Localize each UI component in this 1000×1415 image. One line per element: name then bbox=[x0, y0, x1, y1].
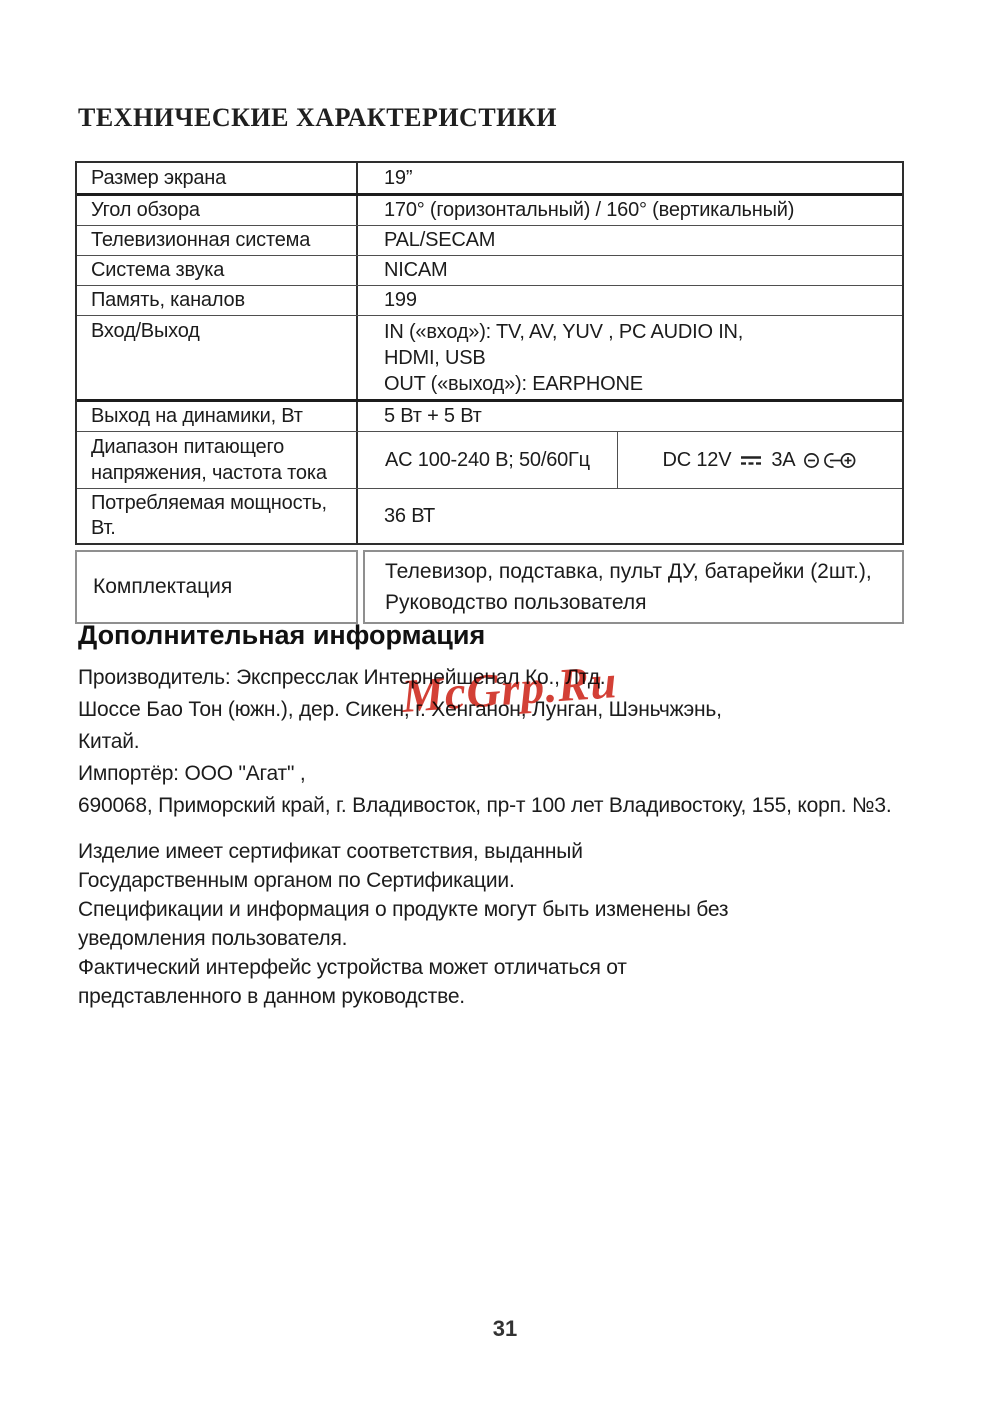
spec-value: PAL/SECAM bbox=[358, 226, 902, 255]
io-line: OUT («выход»): EARPHONE bbox=[384, 371, 894, 397]
table-row-kit: Комплектация Телевизор, подставка, пульт… bbox=[75, 550, 904, 624]
table-row: Вход/Выход IN («вход»): TV, AV, YUV , PC… bbox=[77, 316, 902, 402]
dc-power-cell: DC 12V 3A bbox=[618, 432, 902, 488]
spec-label: Выход на динамики, Вт bbox=[77, 402, 358, 431]
text-line: представленного в данном руководстве. bbox=[78, 982, 728, 1011]
io-line: HDMI, USB bbox=[384, 345, 894, 371]
table-row: Потребляемая мощность, Вт. 36 ВТ bbox=[77, 489, 902, 543]
text-line: Спецификации и информация о продукте мог… bbox=[78, 895, 728, 924]
table-row: Телевизионная система PAL/SECAM bbox=[77, 226, 902, 256]
spec-label: Угол обзора bbox=[77, 196, 358, 225]
table-row: Выход на динамики, Вт 5 Вт + 5 Вт bbox=[77, 402, 902, 432]
spec-value: NICAM bbox=[358, 256, 902, 285]
table-row: Диапазон питающего напряжения, частота т… bbox=[77, 432, 902, 489]
spec-value: 36 ВТ bbox=[358, 489, 902, 543]
text-line: Изделие имеет сертификат соответствия, в… bbox=[78, 837, 728, 866]
table-row: Память, каналов 199 bbox=[77, 286, 902, 316]
text-line: Шоссе Бао Тон (южн.), дер. Сикен, г. Хен… bbox=[78, 694, 722, 726]
page-number: 31 bbox=[0, 1316, 1000, 1342]
spec-value: 5 Вт + 5 Вт bbox=[358, 402, 902, 431]
table-row: Размер экрана 19” bbox=[77, 163, 902, 196]
text-line: Государственным органом по Сертификации. bbox=[78, 866, 728, 895]
table-row: Система звука NICAM bbox=[77, 256, 902, 286]
spec-value: 19” bbox=[358, 163, 902, 193]
text-line: Фактический интерфейс устройства может о… bbox=[78, 953, 728, 982]
spec-value: 199 bbox=[358, 286, 902, 315]
spec-table-main: Размер экрана 19” Угол обзора 170° (гори… bbox=[75, 161, 904, 545]
text-line: Китай. bbox=[78, 726, 722, 758]
notes-paragraph: Изделие имеет сертификат соответствия, в… bbox=[78, 837, 728, 1011]
importer-paragraph: Импортёр: ООО "Агат" , 690068, Приморски… bbox=[78, 758, 891, 822]
dc-polarity-icon bbox=[803, 451, 857, 470]
spec-label: Размер экрана bbox=[77, 163, 358, 193]
text-line: Импортёр: ООО "Агат" , bbox=[78, 758, 891, 790]
manual-page: ТЕХНИЧЕСКИЕ ХАРАКТЕРИСТИКИ Размер экрана… bbox=[0, 0, 1000, 1415]
spec-label: Система звука bbox=[77, 256, 358, 285]
dc-voltage-text: DC 12V bbox=[663, 448, 732, 473]
kit-line: Руководство пользователя bbox=[385, 587, 894, 618]
spec-table: Размер экрана 19” Угол обзора 170° (гори… bbox=[75, 161, 904, 624]
page-title: ТЕХНИЧЕСКИЕ ХАРАКТЕРИСТИКИ bbox=[78, 103, 557, 133]
dc-amp-text: 3A bbox=[771, 448, 795, 473]
spec-label: Потребляемая мощность, Вт. bbox=[77, 489, 358, 543]
spec-label: Диапазон питающего напряжения, частота т… bbox=[77, 432, 358, 488]
additional-info-heading: Дополнительная информация bbox=[78, 620, 485, 651]
text-line: 690068, Приморский край, г. Владивосток,… bbox=[78, 790, 891, 822]
text-line: уведомления пользователя. bbox=[78, 924, 728, 953]
spec-value-kit: Телевизор, подставка, пульт ДУ, батарейк… bbox=[363, 550, 904, 624]
spec-label: Телевизионная система bbox=[77, 226, 358, 255]
spec-label: Вход/Выход bbox=[77, 316, 358, 399]
io-line: IN («вход»): TV, AV, YUV , PC AUDIO IN, bbox=[384, 319, 894, 345]
table-row: Угол обзора 170° (горизонтальный) / 160°… bbox=[77, 196, 902, 226]
spec-value-io: IN («вход»): TV, AV, YUV , PC AUDIO IN, … bbox=[358, 316, 902, 399]
ac-power-cell: AC 100-240 В; 50/60Гц bbox=[358, 432, 618, 488]
spec-label: Комплектация bbox=[75, 550, 358, 624]
spec-label: Память, каналов bbox=[77, 286, 358, 315]
dc-current-icon bbox=[739, 454, 763, 467]
kit-line: Телевизор, подставка, пульт ДУ, батарейк… bbox=[385, 556, 894, 587]
spec-value: 170° (горизонтальный) / 160° (вертикальн… bbox=[358, 196, 902, 225]
spec-value-power: AC 100-240 В; 50/60Гц DC 12V 3A bbox=[358, 432, 902, 488]
